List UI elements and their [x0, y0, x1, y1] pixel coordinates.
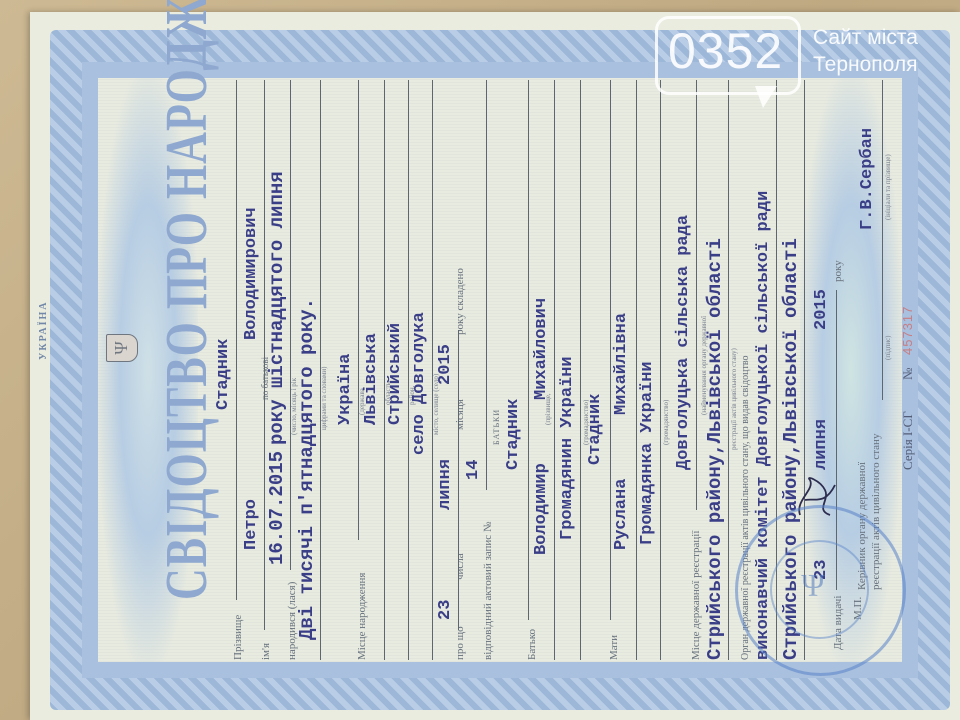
record-prefix: про що [454, 626, 466, 660]
record-line [458, 330, 459, 630]
mother-citizenship-hint: (громадянство) [662, 400, 670, 445]
issue-year: 2015 [812, 289, 831, 330]
mother-citizenship: Громадянка України [638, 361, 657, 545]
watermark-bubble-tail [755, 86, 777, 108]
place-region-line [384, 80, 385, 660]
record-number-line [486, 80, 487, 490]
reg-place-label: Місце державної реєстрації [690, 531, 702, 660]
surname-line [236, 80, 237, 600]
signature-hint: (підпис) [884, 335, 892, 360]
record-month-label: місяця [454, 399, 466, 430]
parents-label: БАТЬКИ [492, 409, 501, 445]
father-citizenship-line [580, 80, 581, 660]
father-citizenship: Громадянин України [558, 356, 577, 540]
father-name: Володимир [532, 463, 551, 555]
birth-date-words-2: Дві тисячі п'ятнадцятого року. [296, 298, 318, 640]
mother-patronymic: Михайлівна [612, 313, 631, 415]
place-label: Місце народження [356, 573, 368, 660]
record-number: 14 [464, 460, 483, 480]
father-surname-line [528, 80, 529, 620]
surname-value: Стадник [214, 339, 233, 410]
head-name-hint: (ініціали та прізвище) [884, 154, 892, 220]
serial-number: 457317 [900, 306, 915, 355]
reg-place-line-2 [728, 80, 729, 660]
birth-words-hint: цифрами та словами) [320, 367, 328, 431]
name-label: ім'я [260, 643, 272, 660]
record-year-label: року складено [454, 268, 466, 335]
watermark-code: 0352 [668, 22, 783, 80]
signature-line [882, 80, 883, 400]
series-label: Серія I-СГ [900, 411, 916, 470]
reg-place-line1: Довголуцька сільська рада [674, 215, 693, 470]
mother-label: Мати [608, 635, 620, 660]
father-name-line [554, 80, 555, 660]
reg-place-line [696, 80, 697, 510]
place-district-line [408, 80, 409, 660]
record-year: 2015 [436, 344, 455, 385]
mother-name: Руслана [612, 479, 631, 550]
issue-month: липня [812, 419, 831, 470]
record-number-label: відповідний актовий запис № [482, 522, 494, 660]
place-village: село Довголука [410, 312, 429, 455]
country-label: УКРАЇНА [38, 300, 49, 360]
patronymic-value: Володимирович [242, 207, 261, 340]
father-label: Батько [526, 629, 538, 660]
record-day: 23 [436, 600, 455, 620]
record-month: липня [436, 459, 455, 510]
record-day-label: числа [454, 553, 466, 580]
father-surname: Стадник [504, 399, 523, 470]
birth-date-words-1: року шістнадцятого липня [266, 171, 288, 445]
certificate-title: СВІДОЦТВО ПРО НАРОДЖЕННЯ [152, 0, 221, 600]
place-village-line [432, 80, 433, 660]
reg-place-line2: Стрийського району,Львівської області [704, 238, 726, 660]
stamp-trident-icon: Ψ [795, 565, 831, 605]
father-patronymic: Михайлович [532, 298, 551, 400]
number-label: № [900, 368, 916, 380]
name-line [264, 80, 265, 630]
watermark-line1: Сайт міста [813, 26, 918, 50]
mother-surname: Стадник [586, 394, 605, 465]
mother-name-line [636, 80, 637, 660]
issue-year-label: року [832, 260, 844, 282]
birth-date-value: 16.07.2015 [266, 451, 288, 565]
reg-place-hint2: реєстрації актів цивільного стану) [730, 348, 738, 450]
mother-citizenship-line [660, 80, 661, 660]
place-district: Стрийський [386, 323, 405, 425]
mother-surname-line [610, 80, 611, 620]
place-country: Україна [336, 354, 355, 425]
birth-date-line [290, 80, 291, 570]
place-region: Львівська [362, 333, 381, 425]
birth-words-line [320, 80, 321, 660]
name-value: Петро [242, 499, 261, 550]
head-name: Г.В.Сербан [858, 128, 877, 230]
watermark-line2: Тернополя [813, 53, 918, 77]
place-country-line [358, 80, 359, 540]
surname-label: Прізвище [232, 615, 244, 660]
